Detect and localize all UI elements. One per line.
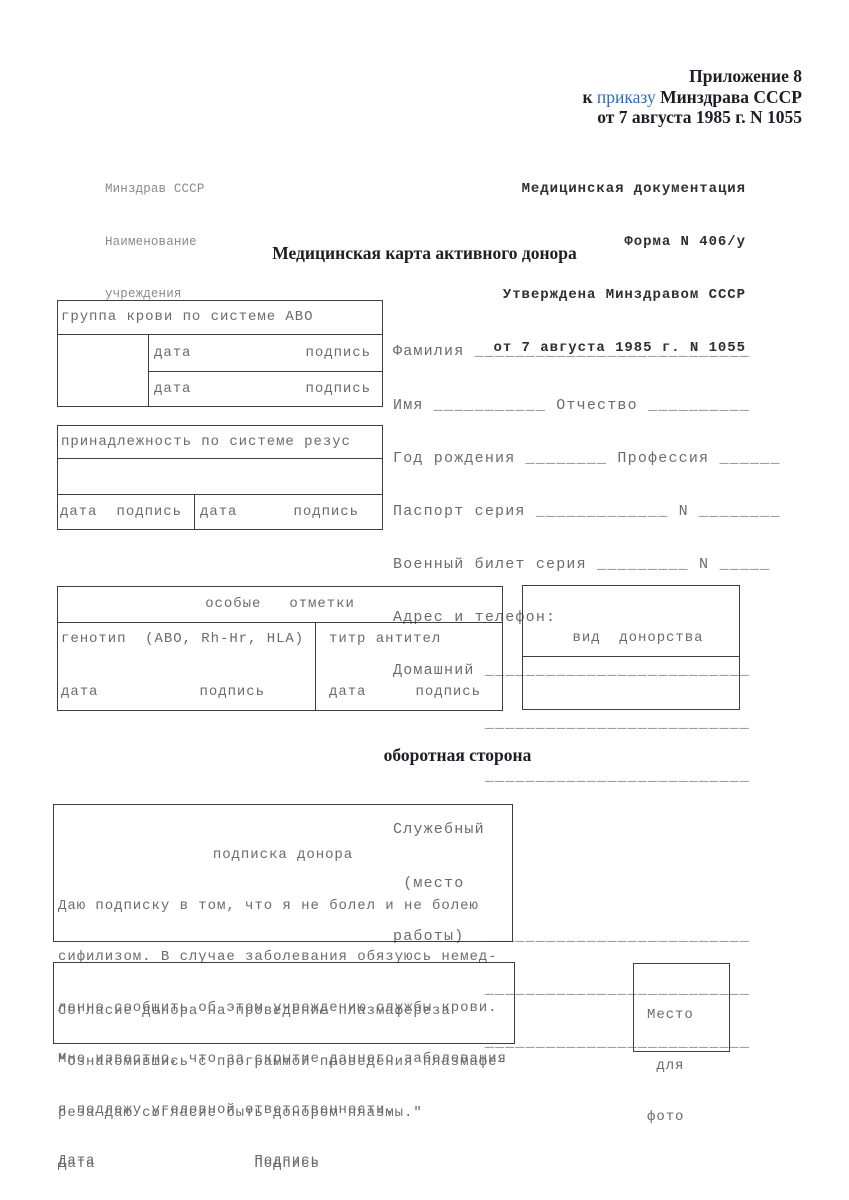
- rhesus-empty-cell: [58, 459, 382, 495]
- org-line: Минздрав СССР: [105, 181, 204, 199]
- date-label: дата: [154, 345, 191, 362]
- signature-label: подпись: [294, 504, 359, 521]
- abo-blood-group-cell: [58, 335, 149, 406]
- rhesus-cell-1: дата подпись: [58, 495, 195, 529]
- photo-placeholder-box: Место для фото: [633, 963, 730, 1052]
- marks-table-header: особые отметки: [58, 587, 502, 623]
- appendix-line-3: от 7 августа 1985 г. N 1055: [582, 107, 802, 128]
- photo-box-line: фото: [647, 1109, 729, 1126]
- signature-label: подпись: [117, 504, 182, 521]
- appendix-line-1: Приложение 8: [582, 66, 802, 87]
- special-marks-table: особые отметки генотип (АВО, Rh-Hr, HLA)…: [57, 586, 503, 711]
- appendix-line-2-prefix: к: [582, 87, 596, 107]
- genotype-cell: генотип (АВО, Rh-Hr, HLA) дата подпись: [58, 623, 316, 710]
- signature-label: подпись: [416, 684, 481, 701]
- abo-blood-group-table: группа крови по системе АВО дата подпись…: [57, 300, 383, 407]
- signature-label: подпись: [306, 381, 371, 398]
- doc-line: Медицинская документация: [494, 181, 747, 199]
- appendix-header: Приложение 8 к приказу Минздрава СССР от…: [582, 66, 802, 128]
- date-label: дата: [60, 504, 97, 521]
- prikaz-link[interactable]: приказу: [597, 87, 656, 107]
- abo-row-2: дата подпись: [149, 372, 382, 406]
- plasmapheresis-consent-box: Согласие донора на проведение плазмафере…: [53, 962, 515, 1044]
- donation-type-header: вид донорства: [523, 620, 739, 657]
- field-surname: Фамилия ___________________________: [393, 343, 781, 361]
- rhesus-table-header: принадлежность по системе резус: [58, 426, 382, 459]
- photo-box-line: Место: [647, 1007, 729, 1024]
- donor-pledge-box: подписка донора Даю подписку в том, что …: [53, 804, 513, 942]
- rhesus-cell-2: дата подпись: [195, 495, 382, 529]
- page-title: Медицинская карта активного донора: [0, 243, 849, 264]
- antibody-titer-label: титр антител: [316, 631, 502, 648]
- field-name-patronymic: Имя ___________ Отчество __________: [393, 397, 781, 415]
- genotype-date-row: дата подпись: [58, 684, 315, 701]
- field-birthyear-profession: Год рождения ________ Профессия ______: [393, 450, 781, 468]
- date-label: дата: [61, 684, 98, 701]
- rhesus-table: принадлежность по системе резус дата под…: [57, 425, 383, 530]
- signature-label: подпись: [306, 345, 371, 362]
- pledge-heading: подписка донора: [54, 847, 512, 864]
- consent-line: "Ознакомившись с программой проведения п…: [58, 1054, 514, 1071]
- genotype-label: генотип (АВО, Rh-Hr, HLA): [58, 631, 315, 648]
- date-label: дата: [200, 504, 237, 521]
- pledge-line: Даю подписку в том, что я не болел и не …: [54, 898, 512, 915]
- appendix-line-2: к приказу Минздрава СССР: [582, 87, 802, 108]
- appendix-line-2-suffix: Минздрава СССР: [656, 87, 802, 107]
- blank-line: __________________________: [393, 768, 781, 786]
- abo-row-1: дата подпись: [149, 335, 382, 372]
- medical-form-page: Приложение 8 к приказу Минздрава СССР от…: [0, 0, 849, 1200]
- consent-line: реза даю согласие быть донором плазмы.": [58, 1105, 514, 1122]
- photo-box-line: для: [647, 1058, 729, 1075]
- date-label: дата: [154, 381, 191, 398]
- field-military-card: Военный билет серия _________ N _____: [393, 556, 781, 574]
- donation-type-box: вид донорства: [522, 585, 740, 710]
- doc-line: Утверждена Минздравом СССР: [494, 287, 747, 305]
- signature-label: подпись: [200, 684, 265, 701]
- antibody-titer-cell: титр антител дата подпись: [316, 623, 502, 710]
- date-label: дата: [329, 684, 366, 701]
- consent-line: Согласие донора на проведение плазмафере…: [58, 1003, 514, 1020]
- field-passport: Паспорт серия _____________ N ________: [393, 503, 781, 521]
- consent-date-signature-row: Дата Подпись: [58, 1156, 514, 1173]
- back-side-title: оборотная сторона: [66, 745, 849, 766]
- antibody-date-row: дата подпись: [316, 684, 502, 701]
- abo-table-header: группа крови по системе АВО: [58, 301, 382, 335]
